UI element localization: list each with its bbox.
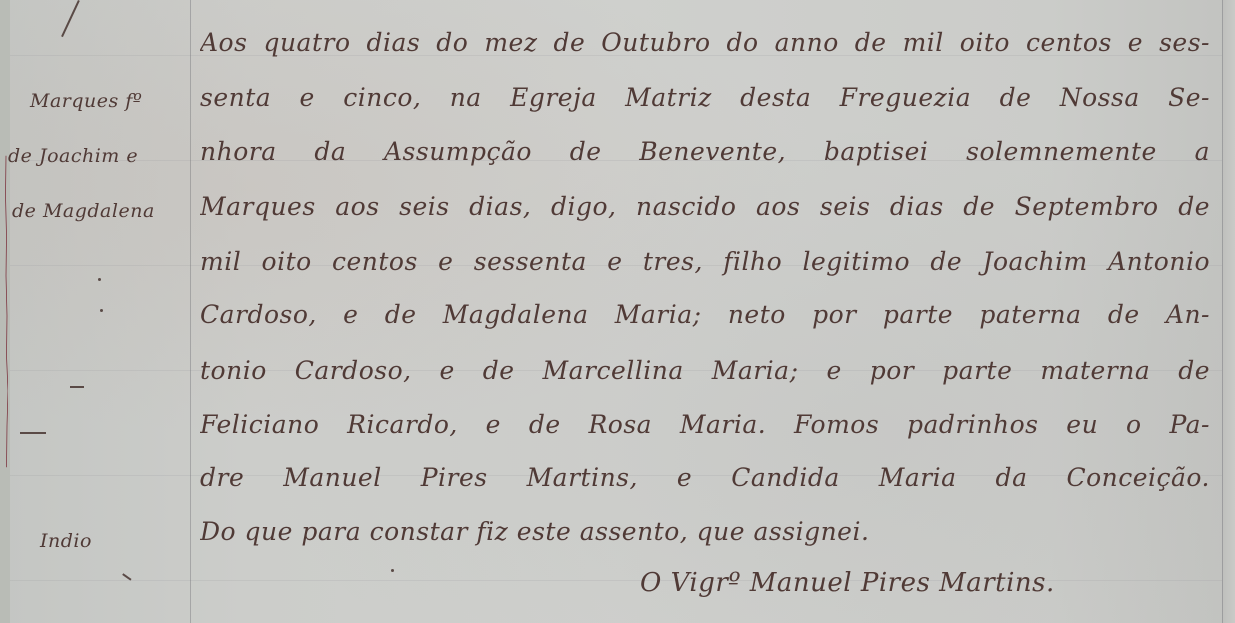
margin-note-indio: Indio: [40, 530, 92, 552]
entry-line-2: senta e cinco, na Egreja Matriz desta Fr…: [200, 83, 1210, 112]
margin-rule: [190, 0, 191, 623]
entry-line-3: nhora da Assumpção de Benevente, baptise…: [200, 137, 1210, 166]
entry-line-10: Do que para constar fiz este assento, qu…: [200, 517, 1210, 546]
entry-line-6: Cardoso, e de Magdalena Maria; neto por …: [200, 300, 1210, 329]
torn-edge: [4, 0, 8, 623]
margin-note-mother: de Magdalena: [12, 200, 155, 222]
entry-line-7: tonio Cardoso, e de Marcellina Maria; e …: [200, 356, 1210, 385]
entry-line-5: mil oito centos e sessenta e tres, filho…: [200, 247, 1210, 276]
right-page-edge: [1223, 0, 1235, 623]
entry-line-1: Aos quatro dias do mez de Outubro do ann…: [200, 28, 1210, 57]
ink-mark: [20, 432, 46, 434]
entry-line-9: dre Manuel Pires Martins, e Candida Mari…: [200, 463, 1210, 492]
ink-stroke: [61, 0, 80, 37]
ink-mark: [391, 569, 394, 572]
margin-note-name: Marques fº: [30, 90, 142, 112]
ink-mark: [100, 309, 103, 312]
entry-line-8: Feliciano Ricardo, e de Rosa Maria. Fomo…: [200, 410, 1210, 439]
vicar-signature: O Vigrº Manuel Pires Martins.: [640, 568, 1055, 598]
ink-mark: [70, 386, 84, 388]
ink-mark: [98, 278, 101, 281]
entry-line-4: Marques aos seis dias, digo, nascido aos…: [200, 192, 1210, 221]
register-page: Marques fº de Joachim e de Magdalena Ind…: [0, 0, 1235, 623]
margin-note-father: de Joachim e: [8, 145, 138, 167]
